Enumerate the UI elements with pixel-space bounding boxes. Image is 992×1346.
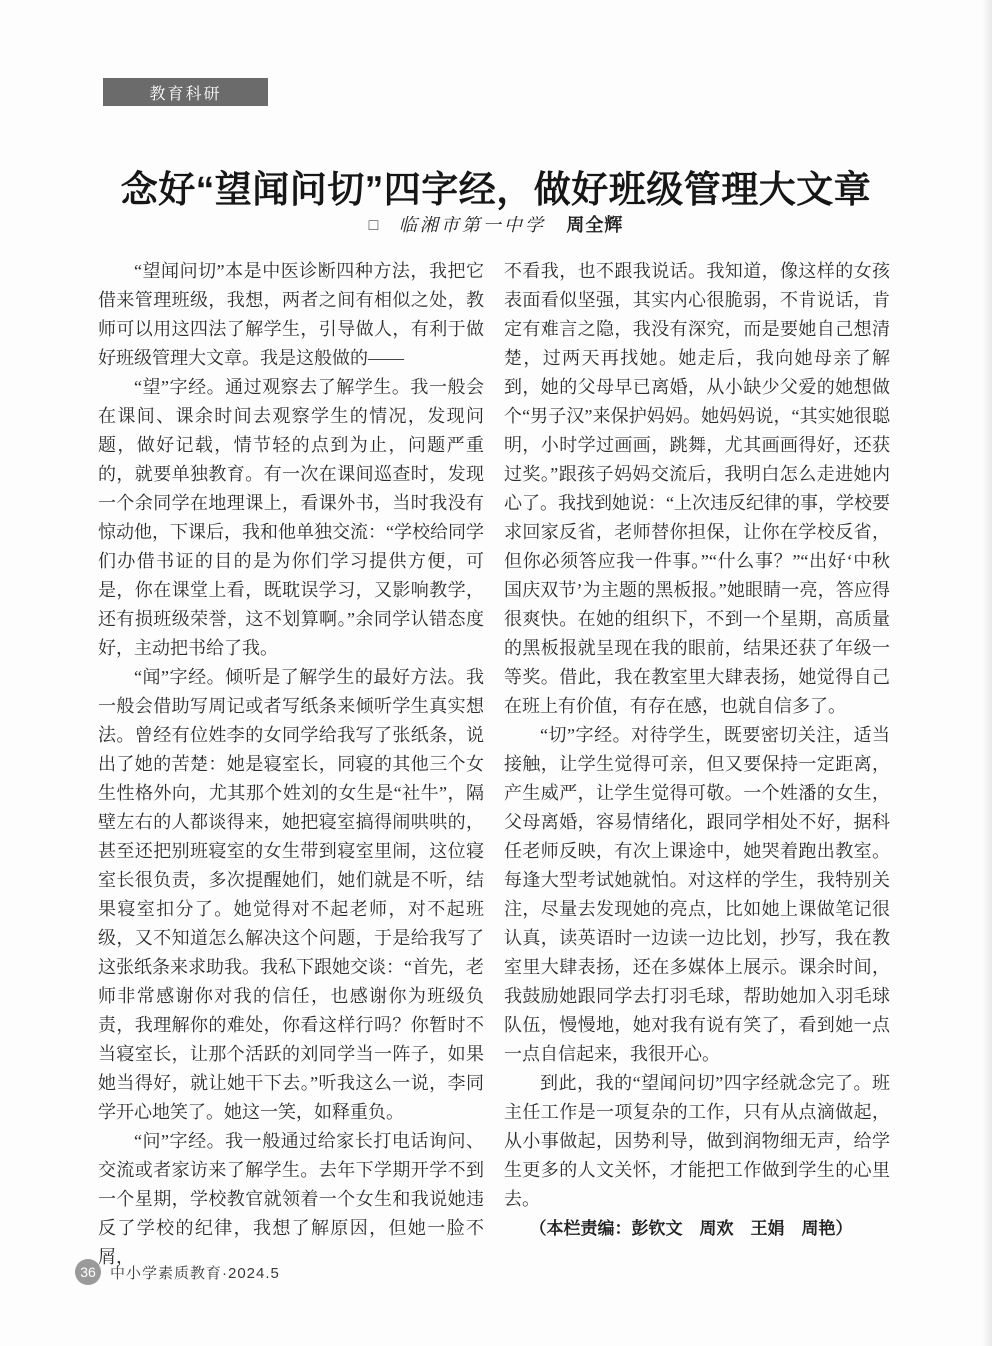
section-badge: 教育科研 <box>103 78 268 106</box>
journal-name: 中小学素质教育·2024.5 <box>110 1262 280 1283</box>
editor-credit: （本栏责编：彭钦文 周欢 王娟 周艳） <box>504 1214 890 1243</box>
magazine-page: 教育科研 念好“望闻问切”四字经，做好班级管理大文章 □ 临湘市第一中学 周全辉… <box>0 0 992 1346</box>
paragraph-qie: “切”字经。对待学生，既要密切关注，适当接触，让学生觉得可亲，但又要保持一定距离… <box>504 721 890 1069</box>
paragraph-intro: “望闻问切”本是中医诊断四种方法，我把它借来管理班级，我想，两者之间有相似之处，… <box>98 257 484 373</box>
byline: □ 临湘市第一中学 周全辉 <box>0 211 992 237</box>
paragraph-asking-start: “问”字经。我一般通过给家长打电话询问、交流或者家访来了解学生。去年下学期开学不… <box>98 1127 484 1272</box>
paragraph-wen: “闻”字经。倾听是了解学生的最好方法。我一般会借助写周记或者写纸条来倾听学生真实… <box>98 663 484 1127</box>
paragraph-wang: “望”字经。通过观察去了解学生。我一般会在课间、课余时间去观察学生的情况，发现问… <box>98 373 484 663</box>
paragraph-asking-continued: 不看我，也不跟我说话。我知道，像这样的女孩表面看似坚强，其实内心很脆弱，不肯说话… <box>504 257 890 721</box>
right-column: 不看我，也不跟我说话。我知道，像这样的女孩表面看似坚强，其实内心很脆弱，不肯说话… <box>504 257 890 1243</box>
author-affiliation: 临湘市第一中学 <box>399 215 546 235</box>
left-column: “望闻问切”本是中医诊断四种方法，我把它借来管理班级，我想，两者之间有相似之处，… <box>98 257 484 1272</box>
author-marker-icon: □ <box>369 217 379 235</box>
page-footer: 36 中小学素质教育·2024.5 <box>75 1259 280 1285</box>
author-name: 周全辉 <box>566 215 623 235</box>
page-number-badge: 36 <box>75 1259 101 1285</box>
article-title: 念好“望闻问切”四字经，做好班级管理大文章 <box>0 159 992 213</box>
paragraph-conclusion: 到此，我的“望闻问切”四字经就念完了。班主任工作是一项复杂的工作，只有从点滴做起… <box>504 1069 890 1214</box>
